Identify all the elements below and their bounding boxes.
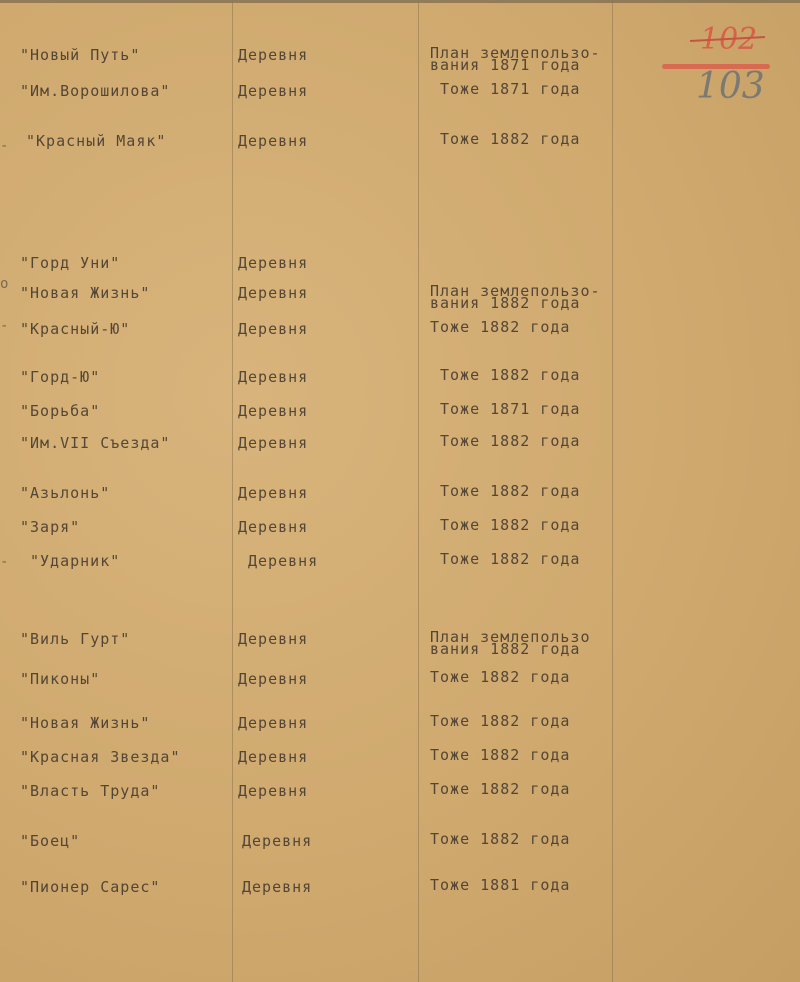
settlement-type: Деревня bbox=[238, 518, 308, 536]
table-row: "Им.Ворошилова" Деревня Тоже 1871 года bbox=[0, 82, 800, 106]
table-row: "Им.VII Съезда" Деревня Тоже 1882 года bbox=[0, 434, 800, 458]
settlement-type: Деревня bbox=[248, 552, 318, 570]
table-row: "Пиконы" Деревня Тоже 1882 года bbox=[0, 670, 800, 694]
table-row: "Борьба" Деревня Тоже 1871 года bbox=[0, 402, 800, 426]
settlement-type: Деревня bbox=[238, 368, 308, 386]
source-note: Тоже 1882 года bbox=[440, 552, 580, 566]
settlement-name: "Пионер Сарес" bbox=[20, 878, 160, 896]
table-row: "Заря" Деревня Тоже 1882 года bbox=[0, 518, 800, 542]
settlement-type: Деревня bbox=[238, 630, 308, 648]
settlement-name: "Горд-Ю" bbox=[20, 368, 100, 386]
settlement-type: Деревня bbox=[238, 484, 308, 502]
table-row: "Боец" Деревня Тоже 1882 года bbox=[0, 832, 800, 856]
source-note: Тоже 1882 года bbox=[430, 670, 570, 684]
settlement-name: "Заря" bbox=[20, 518, 80, 536]
table-row: "Ударник" Деревня Тоже 1882 года bbox=[0, 552, 800, 576]
source-note: Тоже 1882 года bbox=[430, 782, 570, 796]
settlement-name: "Ударник" bbox=[30, 552, 120, 570]
table-row: "Виль Гурт" Деревня План землепользо ван… bbox=[0, 630, 800, 654]
source-note: Тоже 1881 года bbox=[430, 878, 570, 892]
settlement-name: "Власть Труда" bbox=[20, 782, 160, 800]
settlement-name: "Красная Звезда" bbox=[20, 748, 181, 766]
settlement-name: "Красный-Ю" bbox=[20, 320, 130, 338]
source-note: Тоже 1871 года bbox=[440, 402, 580, 416]
table-row: "Пионер Сарес" Деревня Тоже 1881 года bbox=[0, 878, 800, 902]
table-row: "Новый Путь" Деревня План землепользо- в… bbox=[0, 46, 800, 70]
settlement-type: Деревня bbox=[238, 670, 308, 688]
settlement-type: Деревня bbox=[238, 284, 308, 302]
source-note: Тоже 1882 года bbox=[440, 434, 580, 448]
table-row: "Власть Труда" Деревня Тоже 1882 года bbox=[0, 782, 800, 806]
table-row: "Горд Уни" Деревня bbox=[0, 254, 800, 278]
settlement-type: Деревня bbox=[238, 402, 308, 420]
settlement-type: Деревня bbox=[238, 782, 308, 800]
settlement-name: "Новая Жизнь" bbox=[20, 284, 150, 302]
source-note-line2: вания 1882 года bbox=[430, 296, 580, 310]
source-note: Тоже 1882 года bbox=[440, 484, 580, 498]
table-row: "Азьлонь" Деревня Тоже 1882 года bbox=[0, 484, 800, 508]
source-note-line2: вания 1882 года bbox=[430, 642, 580, 656]
source-note: Тоже 1882 года bbox=[430, 714, 570, 728]
source-note: Тоже 1882 года bbox=[430, 320, 570, 334]
settlement-name: "Горд Уни" bbox=[20, 254, 120, 272]
table-row: "Новая Жизнь" Деревня Тоже 1882 года bbox=[0, 714, 800, 738]
table-row: "Новая Жизнь" Деревня План землепользо- … bbox=[0, 284, 800, 308]
source-note: Тоже 1871 года bbox=[440, 82, 580, 96]
source-note-line2: вания 1871 года bbox=[430, 58, 580, 72]
settlement-name: "Борьба" bbox=[20, 402, 100, 420]
source-note: Тоже 1882 года bbox=[430, 832, 570, 846]
settlement-type: Деревня bbox=[238, 434, 308, 452]
settlement-name: "Красный Маяк" bbox=[26, 132, 166, 150]
settlement-name: "Им.VII Съезда" bbox=[20, 434, 170, 452]
table-row: "Горд-Ю" Деревня Тоже 1882 года bbox=[0, 368, 800, 392]
settlement-type: Деревня bbox=[242, 878, 312, 896]
settlement-type: Деревня bbox=[238, 132, 308, 150]
settlement-name: "Виль Гурт" bbox=[20, 630, 130, 648]
source-note: Тоже 1882 года bbox=[440, 132, 580, 146]
settlement-type: Деревня bbox=[238, 46, 308, 64]
settlement-type: Деревня bbox=[242, 832, 312, 850]
settlement-name: "Пиконы" bbox=[20, 670, 100, 688]
source-note: Тоже 1882 года bbox=[440, 368, 580, 382]
settlement-name: "Азьлонь" bbox=[20, 484, 110, 502]
settlement-name: "Боец" bbox=[20, 832, 80, 850]
settlement-type: Деревня bbox=[238, 82, 308, 100]
settlement-name: "Им.Ворошилова" bbox=[20, 82, 170, 100]
table-row: "Красный-Ю" Деревня Тоже 1882 года bbox=[0, 320, 800, 344]
page-top-edge bbox=[0, 0, 800, 3]
settlement-name: "Новый Путь" bbox=[20, 46, 140, 64]
source-note: Тоже 1882 года bbox=[440, 518, 580, 532]
source-note: Тоже 1882 года bbox=[430, 748, 570, 762]
settlement-type: Деревня bbox=[238, 714, 308, 732]
settlement-type: Деревня bbox=[238, 254, 308, 272]
settlement-type: Деревня bbox=[238, 748, 308, 766]
table-row: "Красная Звезда" Деревня Тоже 1882 года bbox=[0, 748, 800, 772]
settlement-name: "Новая Жизнь" bbox=[20, 714, 150, 732]
table-row: "Красный Маяк" Деревня Тоже 1882 года bbox=[0, 132, 800, 156]
settlement-type: Деревня bbox=[238, 320, 308, 338]
